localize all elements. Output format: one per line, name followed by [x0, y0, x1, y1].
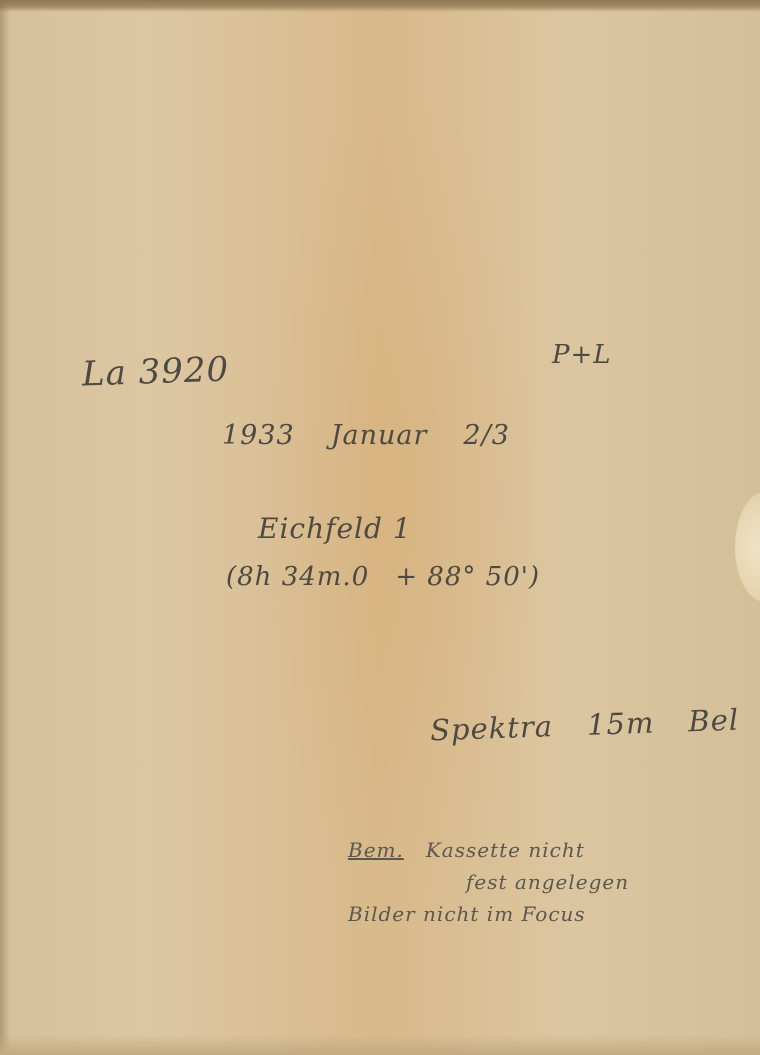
remarks-row-2: fest angelegen	[348, 870, 629, 902]
instrument-label: Spektra	[430, 709, 554, 747]
bottom-edge	[0, 1035, 760, 1055]
catalog-number: La 3920	[81, 349, 229, 394]
left-edge	[0, 0, 10, 1055]
declination: + 88° 50')	[395, 562, 540, 592]
remarks-row-1: Bem. Kassette nicht	[348, 838, 629, 870]
plate-code: P+L	[552, 340, 612, 370]
remarks-label: Bem.	[348, 838, 404, 862]
field-coordinates: (8h 34m.0 + 88° 50')	[226, 562, 540, 592]
right-ascension: (8h 34m.0	[226, 562, 369, 592]
field-name: Eichfeld 1	[258, 512, 412, 545]
remarks-line: fest angelegen	[404, 870, 629, 894]
date-month: Januar	[331, 420, 428, 451]
top-edge	[0, 0, 760, 12]
remarks-block: Bem. Kassette nicht fest angelegen Bilde…	[348, 838, 629, 934]
date-year: 1933	[222, 420, 295, 451]
date-line: 1933 Januar 2/3	[222, 420, 510, 451]
remarks-line: Kassette nicht	[426, 838, 585, 862]
remarks-line: Bilder nicht im Focus	[348, 902, 586, 926]
remarks-row-3: Bilder nicht im Focus	[348, 902, 629, 934]
instrument-note: Bel	[688, 703, 740, 739]
exposure-time: 15m	[586, 706, 655, 742]
date-day: 2/3	[463, 420, 509, 451]
